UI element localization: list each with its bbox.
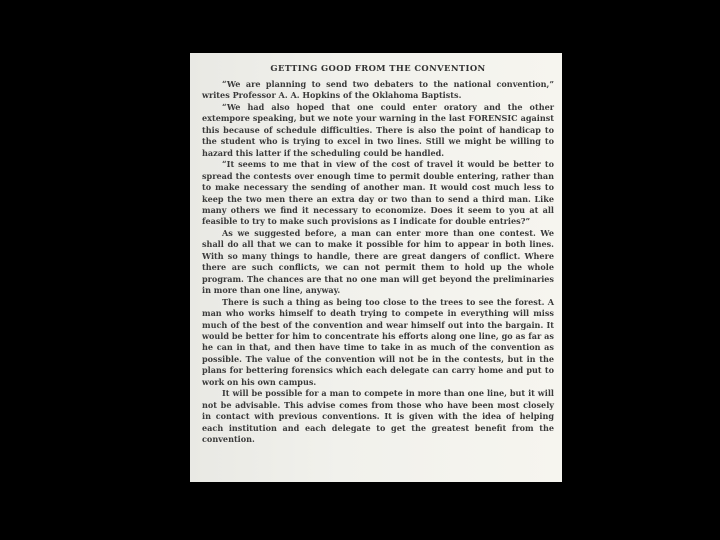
paragraph-6: It will be possible for a man to compete… — [202, 388, 554, 445]
paragraph-3: “It seems to me that in view of the cost… — [202, 159, 554, 228]
paragraph-5: There is such a thing as being too close… — [202, 297, 554, 389]
paragraph-4: As we suggested before, a man can enter … — [202, 228, 554, 297]
paragraph-2: “We had also hoped that one could enter … — [202, 102, 554, 159]
article-title: GETTING GOOD FROM THE CONVENTION — [202, 63, 554, 73]
document-page: GETTING GOOD FROM THE CONVENTION “We are… — [190, 53, 562, 482]
paragraph-1: “We are planning to send two debaters to… — [202, 79, 554, 102]
